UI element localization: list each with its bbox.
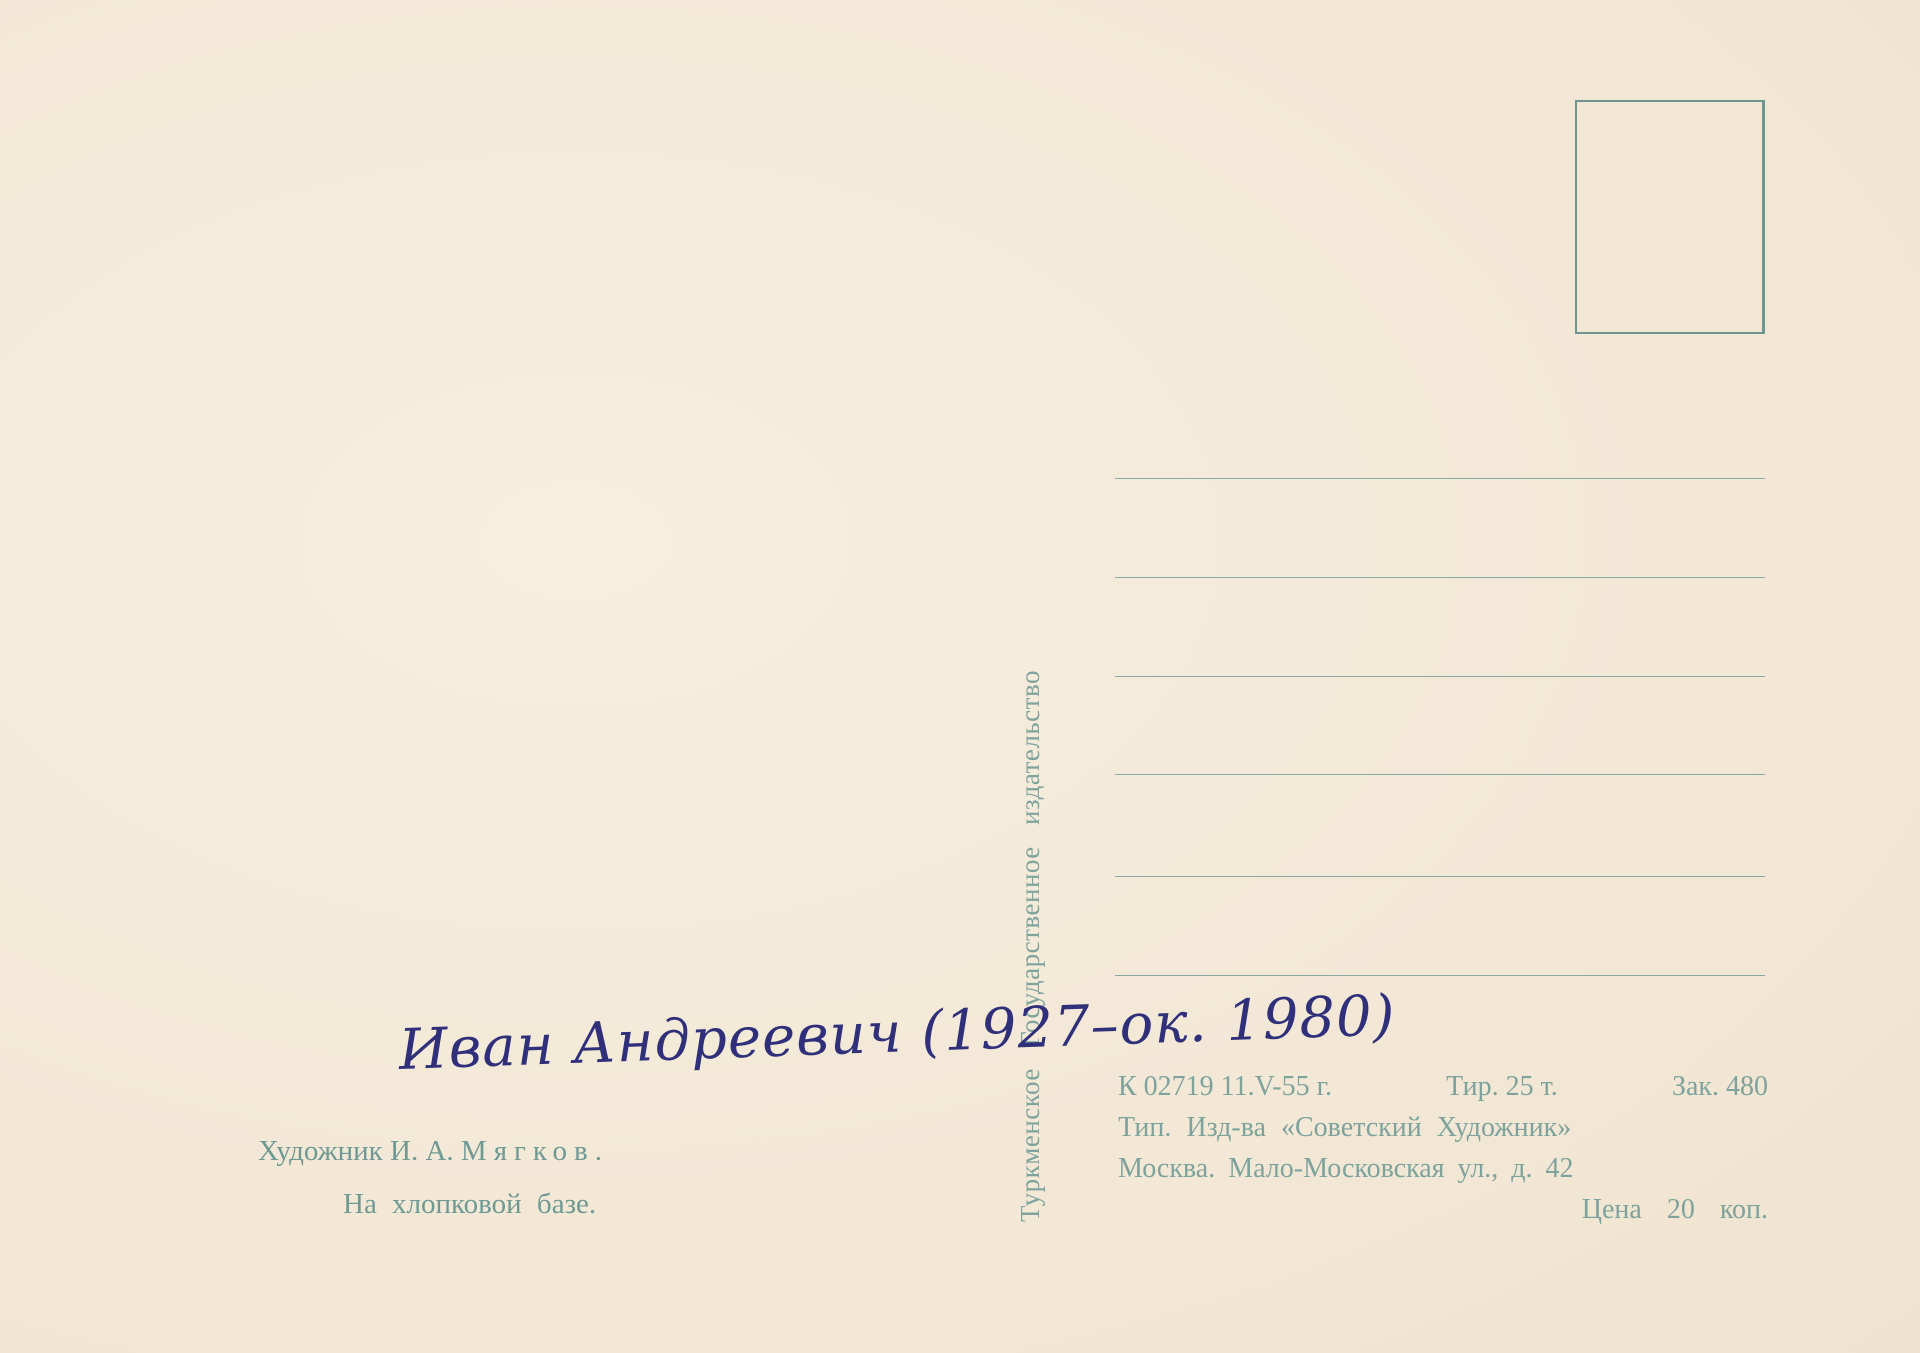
address-line-3 bbox=[1115, 676, 1765, 677]
imprint-line-2: Тип. Изд-ва «Советский Художник» bbox=[1118, 1107, 1768, 1148]
address-line-1 bbox=[1115, 478, 1765, 479]
stamp-placeholder-box bbox=[1575, 100, 1765, 334]
imprint-line-1: К 02719 11.V-55 г. Тир. 25 т. Зак. 480 bbox=[1118, 1066, 1768, 1107]
publisher-vertical-text: Туркменское Государственное издательство bbox=[1015, 670, 1046, 1222]
address-line-2 bbox=[1115, 577, 1765, 578]
imprint-code: К 02719 11.V-55 г. bbox=[1118, 1066, 1332, 1107]
imprint-order: Зак. 480 bbox=[1672, 1066, 1768, 1107]
imprint-line-3: Москва. Мало-Московская ул., д. 42 bbox=[1118, 1148, 1768, 1189]
artist-credit: Художник И. А. Мягков. bbox=[258, 1135, 609, 1168]
artist-initials: Художник И. А. bbox=[258, 1135, 454, 1167]
address-line-4 bbox=[1115, 774, 1765, 775]
printing-imprint: К 02719 11.V-55 г. Тир. 25 т. Зак. 480 Т… bbox=[1118, 1066, 1768, 1230]
artist-surname: Мягков. bbox=[461, 1135, 609, 1167]
imprint-price: Цена 20 коп. bbox=[1118, 1189, 1768, 1230]
address-line-5 bbox=[1115, 876, 1765, 877]
address-line-6 bbox=[1115, 975, 1765, 976]
imprint-print-run: Тир. 25 т. bbox=[1446, 1066, 1558, 1107]
artwork-title: На хлопковой базе. bbox=[343, 1188, 596, 1221]
